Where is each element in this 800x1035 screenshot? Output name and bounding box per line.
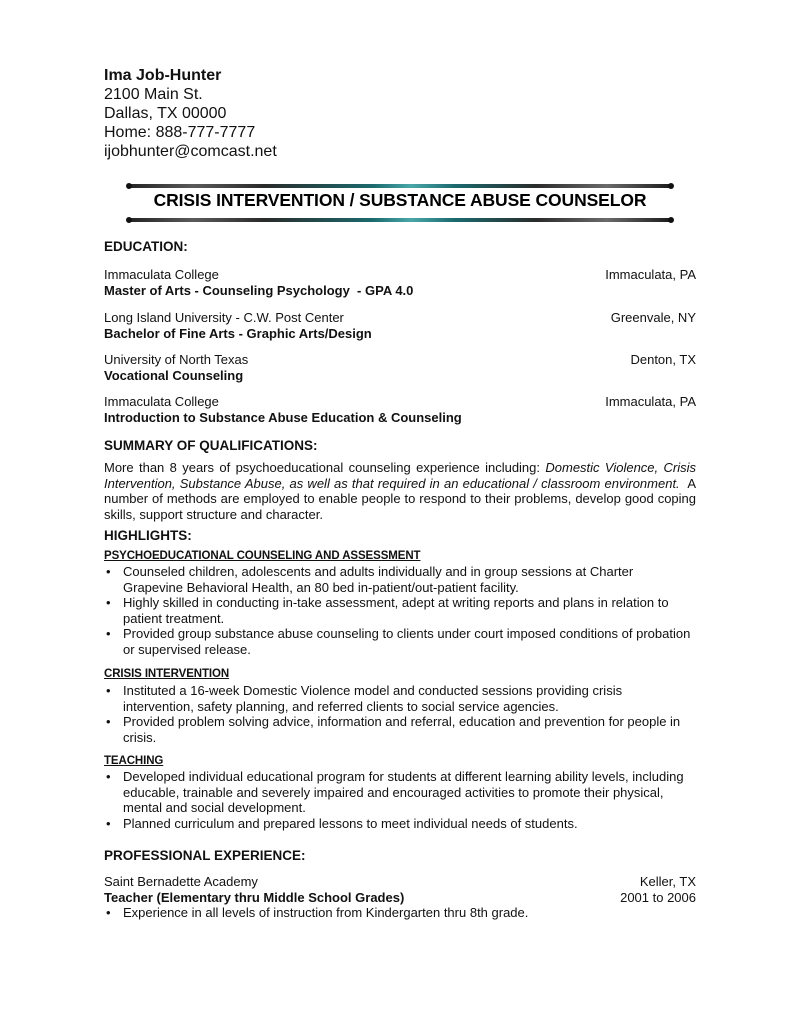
employer-name: Saint Bernadette Academy	[104, 874, 696, 890]
highlights-list: Counseled children, adolescents and adul…	[104, 564, 696, 657]
school-location: Denton, TX	[630, 352, 696, 368]
resume-page: Ima Job-Hunter 2100 Main St. Dallas, TX …	[0, 0, 800, 1035]
education-entry: Immaculata College Immaculata, PA Master…	[104, 267, 696, 298]
education-entry: Immaculata College Immaculata, PA Introd…	[104, 394, 696, 425]
school-location: Immaculata, PA	[605, 394, 696, 410]
degree-name: Master of Arts - Counseling Psychology -…	[104, 283, 696, 299]
degree-name: Introduction to Substance Abuse Educatio…	[104, 410, 696, 426]
experience-list: Experience in all levels of instruction …	[104, 905, 696, 921]
title-banner: CRISIS INTERVENTION / SUBSTANCE ABUSE CO…	[128, 182, 672, 224]
employer-location: Keller, TX	[640, 874, 696, 890]
job-dates: 2001 to 2006	[620, 890, 696, 906]
phone-number: Home: 888-777-7777	[104, 123, 277, 142]
highlights-subheading: CRISIS INTERVENTION	[104, 668, 229, 680]
email-address: ijobhunter@comcast.net	[104, 142, 277, 161]
list-item: Planned curriculum and prepared lessons …	[104, 816, 696, 832]
list-item: Instituted a 16-week Domestic Violence m…	[104, 683, 696, 714]
education-entry: Long Island University - C.W. Post Cente…	[104, 310, 696, 341]
highlights-list: Developed individual educational program…	[104, 769, 696, 831]
degree-name: Bachelor of Fine Arts - Graphic Arts/Des…	[104, 326, 696, 342]
highlights-heading: HIGHLIGHTS:	[104, 528, 192, 543]
list-item: Highly skilled in conducting in-take ass…	[104, 595, 696, 626]
list-item: Provided problem solving advice, informa…	[104, 714, 696, 745]
education-heading: EDUCATION:	[104, 239, 188, 254]
summary-text-1: More than 8 years of psychoeducational c…	[104, 460, 545, 475]
experience-entry: Saint Bernadette Academy Keller, TX Teac…	[104, 874, 696, 905]
list-item: Provided group substance abuse counselin…	[104, 626, 696, 657]
title-top-rule	[128, 184, 672, 188]
summary-paragraph: More than 8 years of psychoeducational c…	[104, 460, 696, 522]
list-item: Experience in all levels of instruction …	[104, 905, 696, 921]
highlights-subheading: PSYCHOEDUCATIONAL COUNSELING AND ASSESSM…	[104, 550, 420, 562]
school-name: University of North Texas	[104, 352, 696, 368]
school-location: Immaculata, PA	[605, 267, 696, 283]
summary-heading: SUMMARY OF QUALIFICATIONS:	[104, 438, 318, 453]
school-name: Long Island University - C.W. Post Cente…	[104, 310, 696, 326]
page-title: CRISIS INTERVENTION / SUBSTANCE ABUSE CO…	[128, 190, 672, 211]
applicant-name: Ima Job-Hunter	[104, 66, 277, 85]
street-address: 2100 Main St.	[104, 85, 277, 104]
school-location: Greenvale, NY	[611, 310, 696, 326]
city-state-zip: Dallas, TX 00000	[104, 104, 277, 123]
experience-heading: PROFESSIONAL EXPERIENCE:	[104, 848, 306, 863]
list-item: Developed individual educational program…	[104, 769, 696, 816]
list-item: Counseled children, adolescents and adul…	[104, 564, 696, 595]
highlights-list: Instituted a 16-week Domestic Violence m…	[104, 683, 696, 745]
degree-name: Vocational Counseling	[104, 368, 696, 384]
contact-block: Ima Job-Hunter 2100 Main St. Dallas, TX …	[104, 66, 277, 161]
highlights-subheading: TEACHING	[104, 755, 163, 767]
job-title: Teacher (Elementary thru Middle School G…	[104, 890, 696, 906]
title-bottom-rule	[128, 218, 672, 222]
education-entry: University of North Texas Denton, TX Voc…	[104, 352, 696, 383]
